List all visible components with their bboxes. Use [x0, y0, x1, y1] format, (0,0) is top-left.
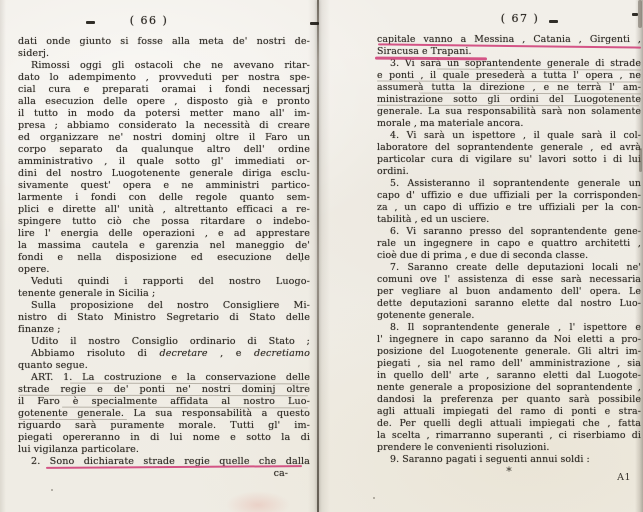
text-line: l' ingegnere in capo saranno da Noi elet…	[377, 334, 641, 346]
text-line: riguardo sarà puramente morale. Tutti gl…	[18, 420, 310, 432]
text-line: Udito il nostro Consiglio ordinario di S…	[18, 336, 310, 348]
text-line: Veduti quindi i rapporti del nostro Luog…	[18, 276, 310, 288]
text-line: in quello dell' arte , saranno eletti da…	[377, 370, 641, 382]
signature-mark: A1	[617, 472, 631, 483]
text-line: posizione del Luogotenente generale. Gli…	[377, 346, 641, 358]
text-line: il tutto in modo da potersi metter mano …	[18, 108, 310, 120]
text-line: Abbiamo risoluto di decretare , e decret…	[18, 348, 310, 360]
text-line: dandosi la preferenza per quanto sarà po…	[377, 394, 641, 406]
text-line: 4. Vi sarà un ispettore , il quale sarà …	[377, 130, 641, 142]
text-segment: Abbiamo risoluto di	[31, 348, 159, 359]
text-line: dini del nostro Luogotenente generale di…	[18, 168, 310, 180]
text-line: larmente i fondi con delle regole quanto…	[18, 192, 310, 204]
text-line: alla esecuzion delle opere , disposto gi…	[18, 96, 310, 108]
text-line: strade regie e de' ponti ne' nostri domi…	[18, 384, 310, 396]
text-line: capo d' uffizio e due uffiziali per la c…	[377, 190, 641, 202]
text-line: lire l' energia delle operazioni , e ad …	[18, 228, 310, 240]
text-line: per vegliare al buon andamento dell' ope…	[377, 286, 641, 298]
page-number-66: ( 66 )	[130, 14, 169, 27]
text-line: plici e dirette all' unità , altrettanto…	[18, 204, 310, 216]
text-line: prendere le convenienti risoluzioni.	[377, 442, 641, 454]
text-line: generale. La sua responsabilità sarà non…	[377, 106, 641, 118]
page-66-text-block: dati onde giunto si fosse alla meta de' …	[18, 36, 310, 468]
text-line: morale , ma materiale ancora.	[377, 118, 641, 130]
page-66: ( 66 ) dati onde giunto si fosse alla me…	[18, 10, 310, 502]
text-line: cioè due di prima , e due di seconda cla…	[377, 250, 641, 262]
text-line: 5. Assisteranno il soprantendente genera…	[377, 178, 641, 190]
text-line: ministrazione sotto gli ordini del Luogo…	[377, 94, 641, 106]
text-line: 3. Vi sarà un soprantendente generale di…	[377, 58, 641, 70]
page-66-header: ( 66 )	[18, 14, 280, 27]
text-segment: , e	[208, 348, 254, 359]
text-line: finanze ;	[18, 324, 310, 336]
text-line: piegati , sia nel ramo dell' amministraz…	[377, 358, 641, 370]
text-line: comuni ove l' assistenza di esse sarà ne…	[377, 274, 641, 286]
page-gutter-shadow	[308, 0, 330, 512]
text-line: lui vigilanza particolare.	[18, 444, 310, 456]
text-line: de. Per quelli degli attuali impiegati c…	[377, 418, 641, 430]
text-line: 7. Saranno create delle deputazioni loca…	[377, 262, 641, 274]
left-page-edge-shadow	[0, 0, 6, 512]
text-line: sivamente quest' opera e ne amministri p…	[18, 180, 310, 192]
text-line: nente generale a proposizione del sopran…	[377, 382, 641, 394]
text-line: gotenente generale.	[377, 310, 641, 322]
text-line: cial cura e preparati oramai i fondi nec…	[18, 84, 310, 96]
text-line: siderj.	[18, 48, 310, 60]
text-line: presa ; abbiamo considerato la necessità…	[18, 120, 310, 132]
text-line: Siracusa e Trapani.	[377, 46, 641, 58]
text-line: nistro di Stato Ministro Segretario di S…	[18, 312, 310, 324]
text-line: e ponti , il quale presederà a tutta l' …	[377, 70, 641, 82]
catchword: ca-	[18, 468, 288, 479]
footnote-star: *	[377, 465, 641, 478]
text-line: ordini.	[377, 166, 641, 178]
page-gutter-line	[317, 0, 319, 512]
text-line: za , un capo di uffizio e tre uffiziali …	[377, 202, 641, 214]
text-line: dette deputazioni saranno elette dal nos…	[377, 298, 641, 310]
text-line: 2. Sono dichiarate strade regie quelle c…	[18, 456, 310, 468]
text-line: laboratore del soprantendente generale ,…	[377, 142, 641, 154]
text-line: dato lo adempimento , provveduti per nos…	[18, 72, 310, 84]
text-line: assumerà tutta la direzione , e ne terrà…	[377, 82, 641, 94]
text-line: ART. 1. La costruzione e la conservazion…	[18, 372, 310, 384]
page-67: ( 67 ) capitale vanno a Messina , Catani…	[377, 10, 641, 502]
book-scan: ( 66 ) dati onde giunto si fosse alla me…	[0, 0, 643, 512]
text-line: tenente generale in Sicilia ;	[18, 288, 310, 300]
text-line: spingere tutto ciò che possa ritardare o…	[18, 216, 310, 228]
text-line: Rimossi oggi gli ostacoli che ne avevano…	[18, 60, 310, 72]
italic-text-segment: decretiamo	[254, 348, 310, 359]
page-67-text-block: capitale vanno a Messina , Catania , Gir…	[377, 34, 641, 466]
text-line: opere.	[18, 264, 310, 276]
text-line: corpo separato da qualunque altro dell' …	[18, 144, 310, 156]
text-line: Sulla proposizione del nostro Consiglier…	[18, 300, 310, 312]
italic-text-segment: decretare	[159, 348, 207, 359]
text-line: 6. Vi saranno presso del soprantendente …	[377, 226, 641, 238]
text-line: tabilità , ed un usciere.	[377, 214, 641, 226]
text-line: particolar cura di vigilare su' lavori s…	[377, 154, 641, 166]
text-line: gotenente generale. La sua responsabilit…	[18, 408, 310, 420]
text-line: agli attuali impiegati del ramo di ponti…	[377, 406, 641, 418]
text-line: 8. Il soprantendente generale , l' ispet…	[377, 322, 641, 334]
text-line: fondi e nella disposizione ed esecuzione…	[18, 252, 310, 264]
text-line: quanto segue.	[18, 360, 310, 372]
text-line: la scelta , rimarranno superanti , ci ri…	[377, 430, 641, 442]
text-line: dati onde giunto si fosse alla meta de' …	[18, 36, 310, 48]
page-number-67: ( 67 )	[501, 12, 540, 25]
text-line: il Faro è specialmente affidata al nostr…	[18, 396, 310, 408]
text-line: la massima cautela e garenzia nel manegg…	[18, 240, 310, 252]
text-line: ed organizzare ne' nostri dominj oltre i…	[18, 132, 310, 144]
text-line: rale un ingegnere in capo e quattro arch…	[377, 238, 641, 250]
text-line: amministrativo , il quale sotto gl' imme…	[18, 156, 310, 168]
text-line: piegati opereranno in di lui nome e sott…	[18, 432, 310, 444]
page-67-header: ( 67 )	[395, 12, 643, 25]
text-line: capitale vanno a Messina , Catania , Gir…	[377, 34, 641, 46]
